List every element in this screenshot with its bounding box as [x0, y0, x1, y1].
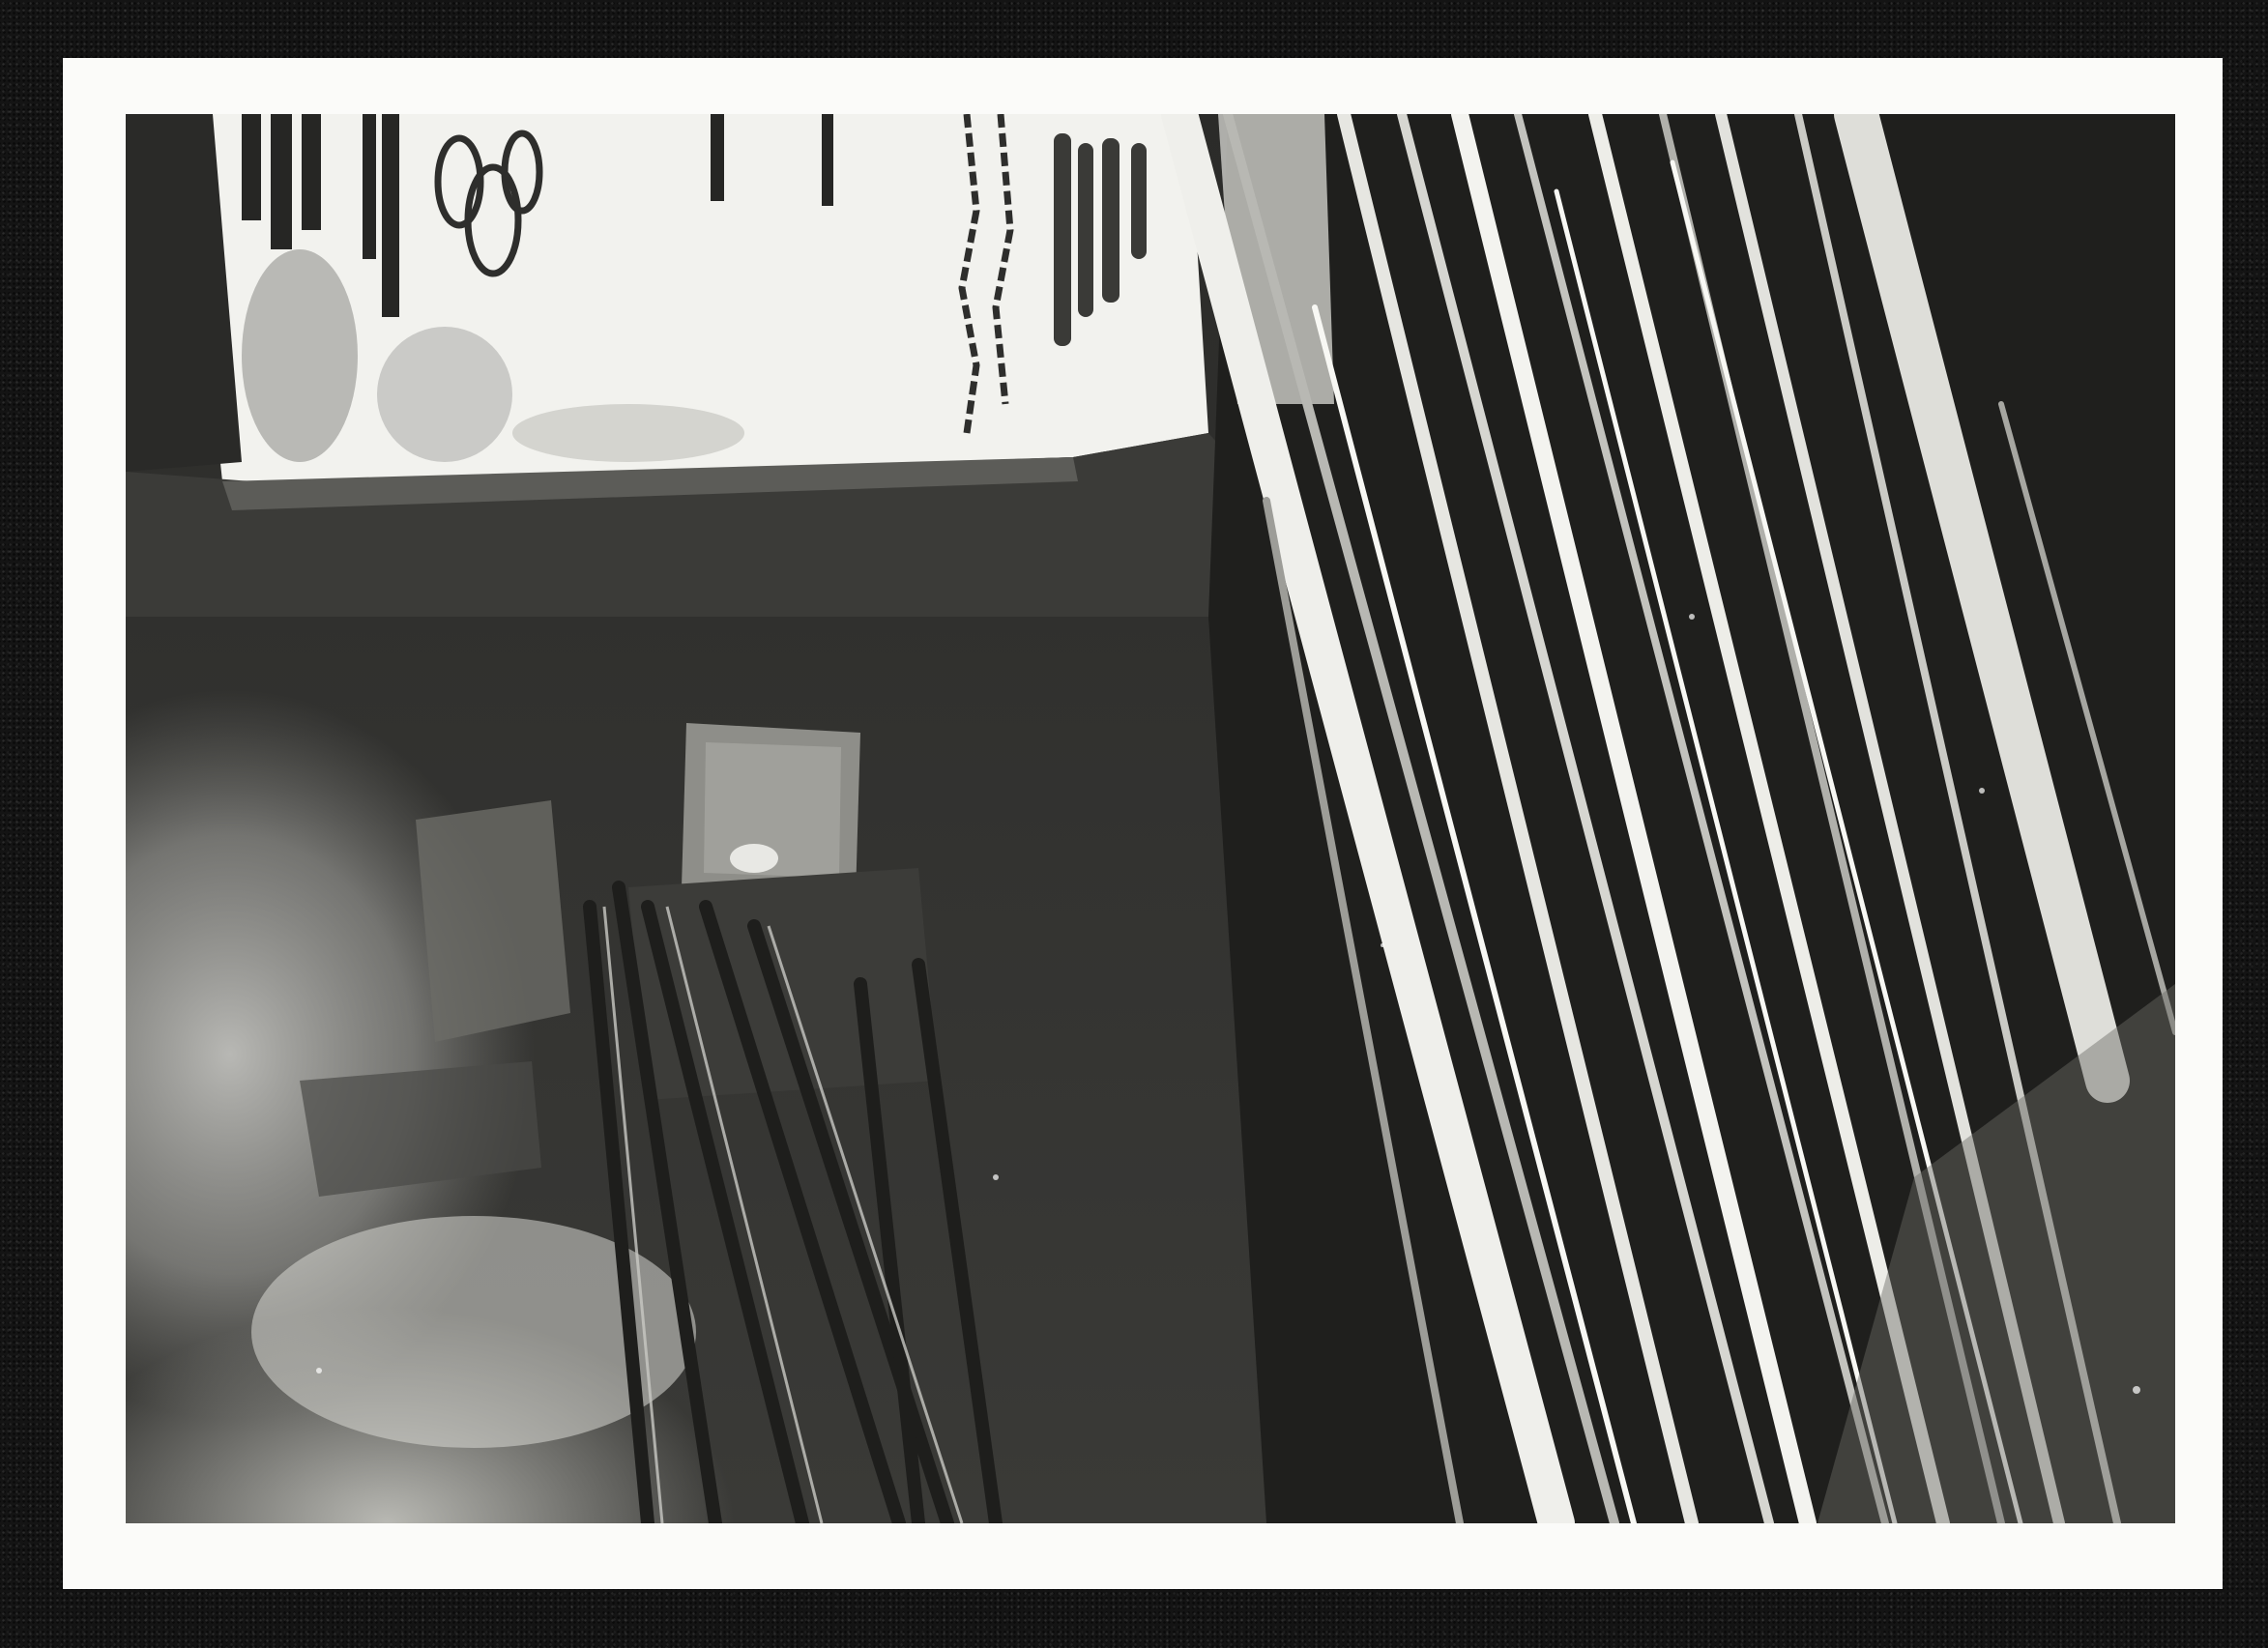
photo-scene	[126, 114, 2175, 1523]
photo-mount-card: Interior of a workshop or forge: a brigh…	[63, 58, 2223, 1589]
workshop-photograph: Interior of a workshop or forge: a brigh…	[126, 114, 2175, 1523]
